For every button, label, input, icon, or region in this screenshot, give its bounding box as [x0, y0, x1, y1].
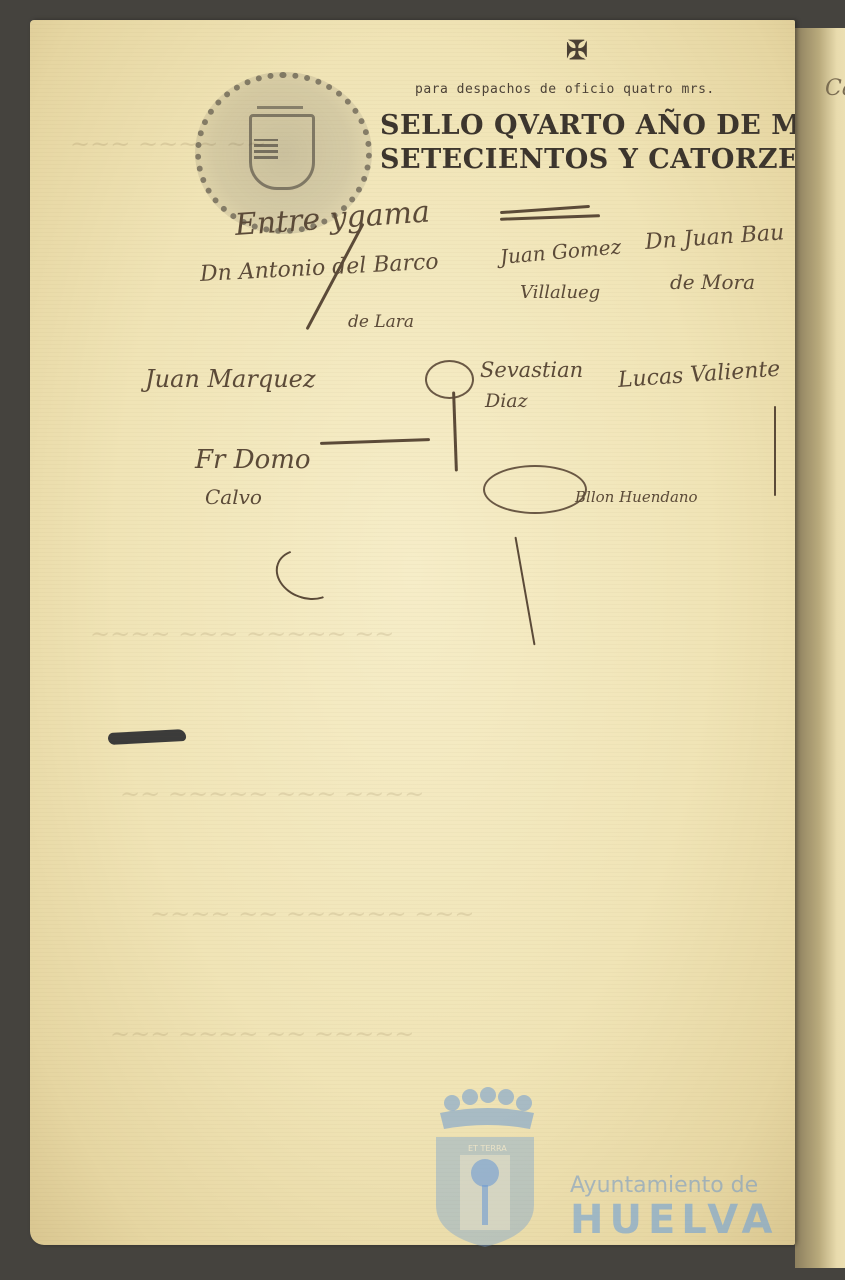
signature-de-lara: de Lara	[348, 312, 414, 332]
signature-juan-gomez: Juan Gomez	[499, 234, 622, 268]
facing-page: Cau	[795, 28, 845, 1268]
signature-calvo: Calvo	[205, 485, 262, 509]
watermark-line-2: HUELVA	[570, 1197, 778, 1243]
bleed-through-text: ~~~~ ~~ ~~~~~~ ~~~	[150, 900, 475, 928]
huelva-crest-icon: ET TERRA	[430, 1085, 540, 1250]
archive-watermark: ET TERRA Ayuntamiento de HUELVA	[430, 1085, 770, 1265]
facing-page-text: Cau	[825, 76, 845, 101]
flourish-stroke	[500, 214, 600, 220]
signature-fr-domingo: Fr Domo	[195, 445, 311, 475]
watermark-line-1: Ayuntamiento de	[570, 1173, 758, 1198]
signature-lucas-valiente: Lucas Valiente	[617, 357, 781, 393]
signature-juan-marquez: Juan Marquez	[145, 365, 316, 393]
rubric-flourish	[483, 465, 587, 514]
svg-text:ET TERRA: ET TERRA	[468, 1144, 507, 1153]
stamp-heading-line-1: SELLO QVARTO AÑO DE MIL	[380, 110, 795, 141]
tax-notice: para despachos de oficio quatro mrs.	[415, 82, 715, 97]
flourish-stroke	[774, 406, 776, 496]
signature-bllon-huendano: Bllon Huendano	[575, 488, 698, 506]
rubric-flourish	[425, 360, 474, 399]
signature-antonio-del-barco: Dn Antonio del Barco	[199, 250, 439, 287]
flourish-stroke	[452, 391, 458, 471]
bleed-through-text: ~~~~ ~~~ ~~~~~ ~~	[90, 620, 394, 648]
ink-blot	[108, 729, 187, 745]
signature-villalueg: Villalueg	[520, 282, 600, 303]
document-page: ~~~ ~~~~ ~~ ~~~~ ~~~ ~~~~~ ~~ ~~ ~~~~~ ~…	[30, 20, 795, 1245]
crown-icon	[257, 86, 303, 109]
signature-de-mora: de Mora	[670, 270, 755, 294]
stamp-heading-line-2: SETECIENTOS Y CATORZE.	[380, 144, 795, 175]
coat-of-arms-icon	[249, 114, 315, 190]
signature-diaz: Diaz	[485, 390, 528, 412]
flourish-stroke	[500, 205, 590, 214]
bleed-through-text: ~~~ ~~~~ ~~ ~~~~~	[110, 1020, 414, 1048]
rubric-flourish	[269, 541, 346, 609]
flourish-stroke	[514, 537, 535, 646]
cross-icon: ✠	[566, 36, 588, 66]
bleed-through-text: ~~ ~~~~~ ~~~ ~~~~	[120, 780, 424, 808]
flourish-stroke	[320, 438, 430, 445]
signature-juan-bau: Dn Juan Bau	[644, 220, 785, 255]
signature-sevastian: Sevastian	[480, 358, 583, 382]
